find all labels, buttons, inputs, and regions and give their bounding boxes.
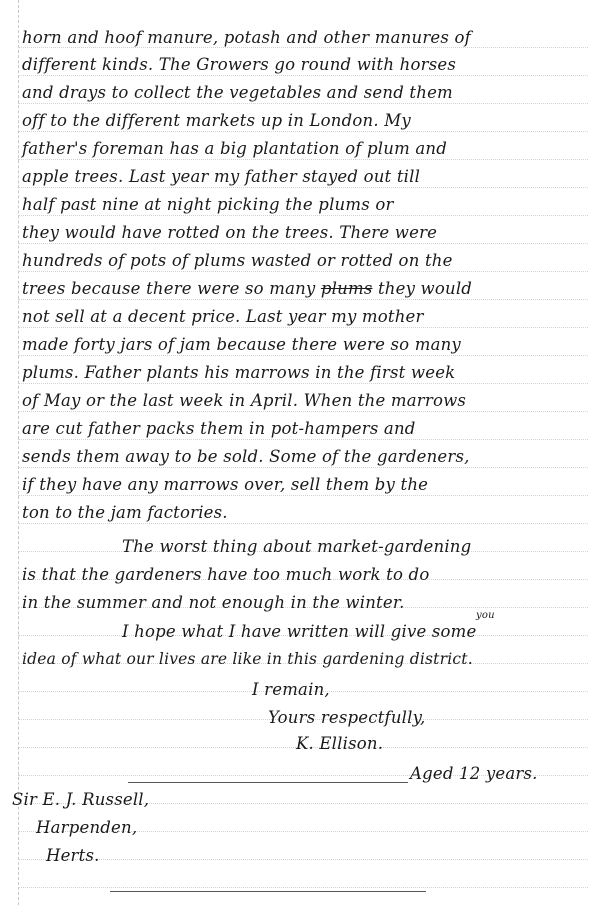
ruled-line bbox=[18, 467, 588, 468]
body-line: are cut father packs them in pot-hampers… bbox=[22, 419, 416, 438]
ruled-line bbox=[18, 439, 588, 440]
signature: K. Ellison. bbox=[296, 734, 383, 753]
ruled-line bbox=[18, 187, 588, 188]
body-line: plums. Father plants his marrows in the … bbox=[22, 363, 455, 382]
paragraph-line: in the summer and not enough in the wint… bbox=[22, 593, 405, 612]
ruled-line bbox=[18, 355, 588, 356]
body-line: half past nine at night picking the plum… bbox=[22, 195, 394, 214]
ruled-line bbox=[18, 131, 588, 132]
ruled-line bbox=[18, 103, 588, 104]
ruled-line bbox=[18, 495, 588, 496]
body-line: off to the different markets up in Londo… bbox=[22, 111, 411, 130]
body-line: they would have rotted on the trees. The… bbox=[22, 223, 437, 242]
body-line: of May or the last week in April. When t… bbox=[22, 391, 466, 410]
address-line: Herts. bbox=[46, 846, 100, 865]
ruled-line bbox=[18, 887, 588, 888]
body-line: apple trees. Last year my father stayed … bbox=[22, 167, 420, 186]
ruled-line bbox=[18, 327, 588, 328]
ruled-line bbox=[18, 243, 588, 244]
paragraph-line: idea of what our lives are like in this … bbox=[22, 650, 473, 668]
body-line: made forty jars of jam because there wer… bbox=[22, 335, 461, 354]
body-line: trees because there were so many plums t… bbox=[22, 279, 472, 298]
ruled-line bbox=[18, 47, 588, 48]
body-line-tail: they would bbox=[378, 279, 472, 298]
ruled-line bbox=[18, 411, 588, 412]
address-line: Harpenden, bbox=[36, 818, 137, 837]
body-line: and drays to collect the vegetables and … bbox=[22, 83, 453, 102]
body-line: not sell at a decent price. Last year my… bbox=[22, 307, 424, 326]
ruled-line bbox=[18, 859, 588, 860]
paragraph-line: is that the gardeners have too much work… bbox=[22, 565, 429, 584]
ruled-line bbox=[18, 75, 588, 76]
paragraph-line: The worst thing about market-gardening bbox=[122, 537, 471, 556]
letter-page: horn and hoof manure, potash and other m… bbox=[0, 0, 600, 905]
age-note: Aged 12 years. bbox=[410, 764, 538, 783]
body-line: if they have any marrows over, sell them… bbox=[22, 475, 428, 494]
paragraph-line: I hope what I have written will give som… bbox=[122, 622, 476, 641]
address-line: Sir E. J. Russell, bbox=[12, 790, 149, 809]
closing-line: I remain, bbox=[252, 680, 330, 699]
signature-underline bbox=[128, 782, 408, 783]
inserted-word: you bbox=[476, 610, 495, 621]
ruled-line bbox=[18, 215, 588, 216]
ruled-line bbox=[18, 299, 588, 300]
body-line: different kinds. The Growers go round wi… bbox=[22, 55, 456, 74]
body-line: hundreds of pots of plums wasted or rott… bbox=[22, 251, 453, 270]
body-line: sends them away to be sold. Some of the … bbox=[22, 447, 470, 466]
struck-out-word: plums bbox=[321, 279, 373, 298]
ruled-line bbox=[18, 383, 588, 384]
bottom-rule bbox=[110, 891, 426, 892]
margin-line bbox=[18, 0, 19, 905]
ruled-line bbox=[18, 523, 588, 524]
closing-line: Yours respectfully, bbox=[268, 708, 425, 727]
ruled-line bbox=[18, 159, 588, 160]
body-line-text: trees because there were so many bbox=[22, 279, 315, 298]
body-line: horn and hoof manure, potash and other m… bbox=[22, 28, 471, 47]
body-line: father's foreman has a big plantation of… bbox=[22, 139, 447, 158]
body-line: ton to the jam factories. bbox=[22, 503, 228, 522]
ruled-line bbox=[18, 271, 588, 272]
